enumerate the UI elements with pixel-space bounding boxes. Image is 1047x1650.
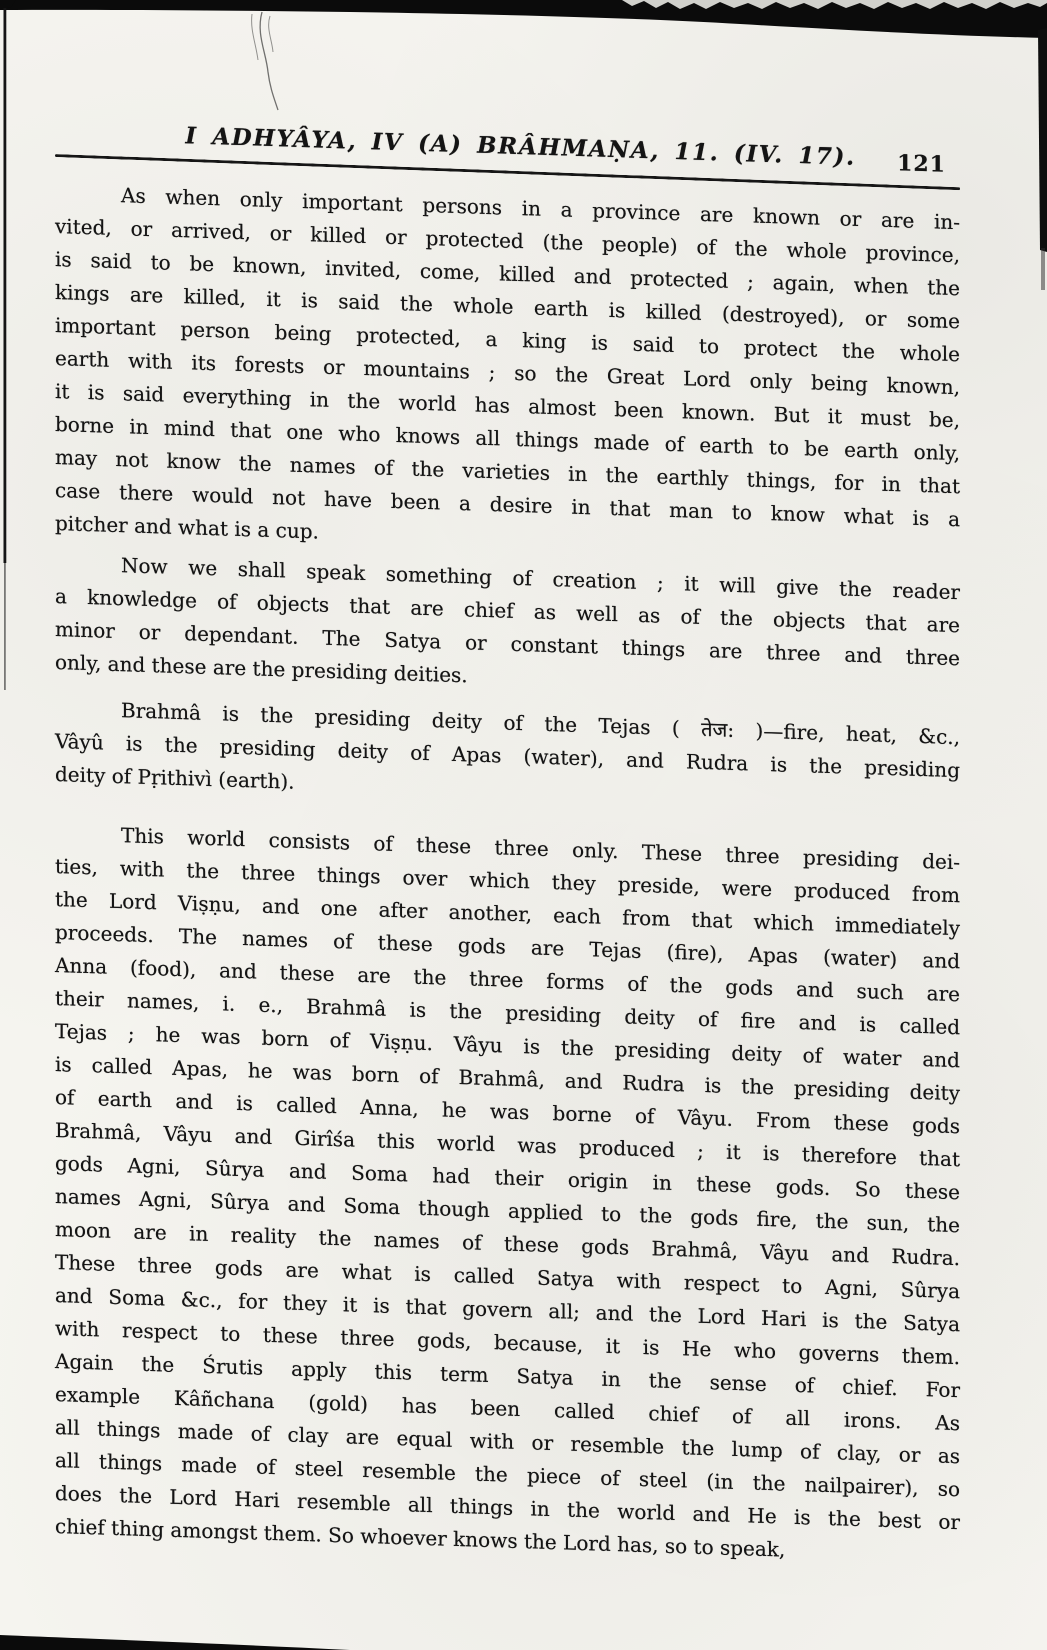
chapter-heading: I ADHYÂYA, IV (A) BRÂHMAṆA, 11. (IV. 17)… — [55, 118, 960, 174]
left-edge-corner — [0, 0, 16, 10]
left-edge-line-fade — [4, 560, 6, 690]
bottom-left-wedge — [0, 1635, 350, 1650]
right-edge-strip — [1038, 28, 1047, 252]
scratch-mark — [260, 12, 278, 110]
paragraph-2: Now we shall speak something of creation… — [55, 547, 960, 708]
top-edge-ragged-texture — [622, 0, 1047, 9]
scratch-mark-2 — [252, 14, 273, 60]
page-number: 121 — [897, 150, 946, 178]
page-content: I ADHYÂYA, IV (A) BRÂHMAṆA, 11. (IV. 17)… — [55, 118, 960, 1572]
paragraph-1: As when only important persons in a prov… — [55, 177, 960, 569]
body-text: As when only important persons in a prov… — [55, 177, 960, 1572]
paragraph-3: Brahmâ is the presiding deity of the Tej… — [55, 692, 960, 820]
left-edge-line — [4, 8, 7, 563]
paragraph-4: This world consists of these three only.… — [55, 817, 960, 1572]
running-header: I ADHYÂYA, IV (A) BRÂHMAṆA, 11. (IV. 17)… — [55, 118, 960, 185]
right-edge-strip-fade — [1041, 248, 1045, 290]
top-edge-band — [0, 0, 1047, 38]
scanned-book-page: I ADHYÂYA, IV (A) BRÂHMAṆA, 11. (IV. 17)… — [0, 0, 1047, 1650]
